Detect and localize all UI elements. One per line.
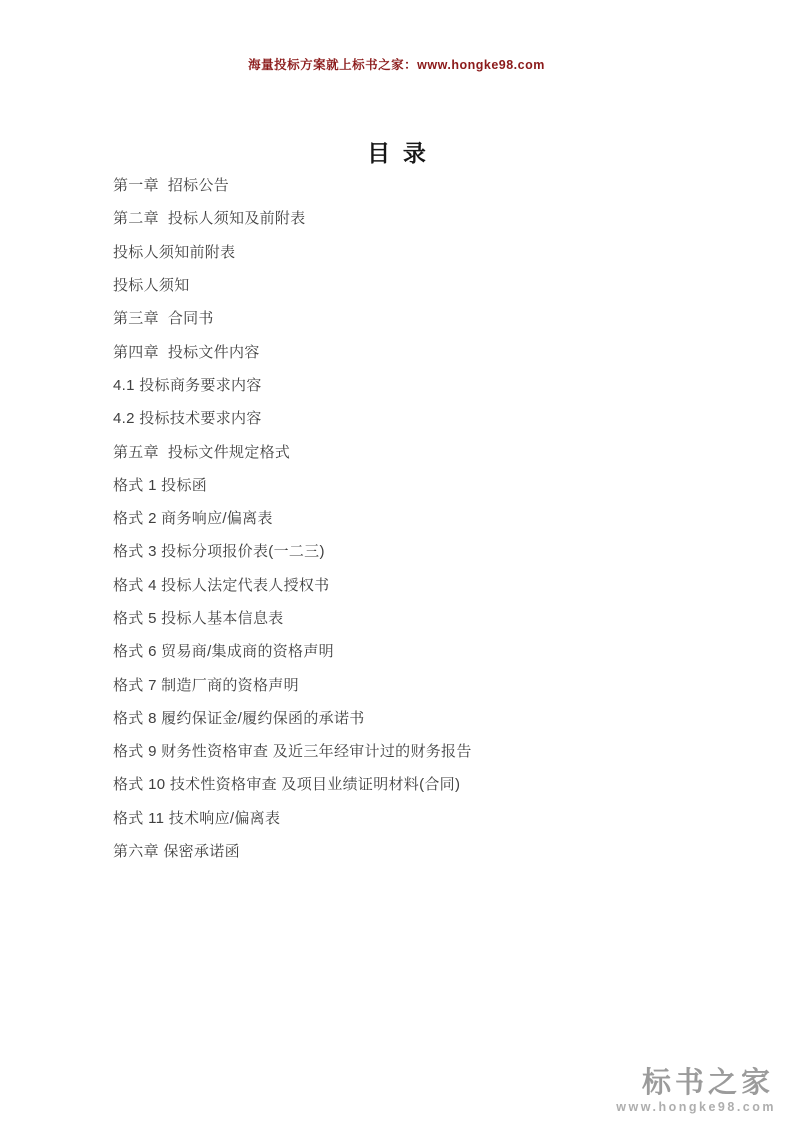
page-title: 目 录 xyxy=(0,135,793,168)
toc-entry-label: 第六章 保密承诺函 xyxy=(113,840,240,861)
toc-entry-label: 格式 8 履约保证金/履约保函的承诺书 xyxy=(113,707,365,728)
toc-entry: 格式 10 技术性资格审查 及项目业绩证明材料(合同) xyxy=(113,767,733,800)
toc-entry: 第三章 合同书 xyxy=(113,301,733,334)
toc-entry: 4.1 投标商务要求内容 xyxy=(113,368,733,401)
toc-entry: 格式 3 投标分项报价表(一二三) xyxy=(113,534,733,567)
header-slogan-link[interactable]: 海量投标方案就上标书之家：www.hongke98.com xyxy=(0,55,793,73)
toc-entry-label: 第一章 招标公告 xyxy=(113,174,229,195)
toc-entry: 投标人须知前附表 xyxy=(113,235,733,268)
toc-entry-label: 格式 10 技术性资格审查 及项目业绩证明材料(合同) xyxy=(113,773,460,794)
toc-entry: 格式 4 投标人法定代表人授权书 xyxy=(113,568,733,601)
toc-entry: 格式 7 制造厂商的资格声明 xyxy=(113,667,733,700)
toc-entry-label: 格式 4 投标人法定代表人授权书 xyxy=(113,574,329,595)
toc-entry-label: 格式 5 投标人基本信息表 xyxy=(113,607,284,628)
watermark: 标书之家 www.hongke98.com xyxy=(616,1068,776,1114)
toc-list: 第一章 招标公告 第二章 投标人须知及前附表 投标人须知前附表 投标人须知 第三… xyxy=(113,168,733,867)
toc-entry: 第五章 投标文件规定格式 xyxy=(113,434,733,467)
toc-entry-label: 投标人须知 xyxy=(113,274,190,295)
toc-entry-label: 格式 2 商务响应/偏离表 xyxy=(113,507,273,528)
toc-entry: 4.2 投标技术要求内容 xyxy=(113,401,733,434)
toc-entry-label: 投标人须知前附表 xyxy=(113,241,235,262)
toc-entry-label: 第四章 投标文件内容 xyxy=(113,341,260,362)
toc-entry: 格式 2 商务响应/偏离表 xyxy=(113,501,733,534)
toc-entry: 第二章 投标人须知及前附表 xyxy=(113,201,733,234)
toc-entry-label: 4.1 投标商务要求内容 xyxy=(113,374,262,395)
toc-entry-label: 第二章 投标人须知及前附表 xyxy=(113,207,306,228)
toc-entry-label: 格式 1 投标函 xyxy=(113,474,207,495)
watermark-brand: 标书之家 xyxy=(616,1068,776,1098)
toc-entry: 格式 8 履约保证金/履约保函的承诺书 xyxy=(113,701,733,734)
toc-entry: 投标人须知 xyxy=(113,268,733,301)
watermark-url: www.hongke98.com xyxy=(616,1100,776,1114)
toc-entry-label: 4.2 投标技术要求内容 xyxy=(113,407,262,428)
toc-entry: 格式 11 技术响应/偏离表 xyxy=(113,801,733,834)
toc-entry-label: 格式 9 财务性资格审查 及近三年经审计过的财务报告 xyxy=(113,740,472,761)
toc-entry: 格式 1 投标函 xyxy=(113,468,733,501)
toc-entry-label: 第三章 合同书 xyxy=(113,307,214,328)
toc-entry: 第四章 投标文件内容 xyxy=(113,334,733,367)
toc-entry-label: 格式 3 投标分项报价表(一二三) xyxy=(113,540,325,561)
toc-entry: 格式 5 投标人基本信息表 xyxy=(113,601,733,634)
toc-entry-label: 第五章 投标文件规定格式 xyxy=(113,441,290,462)
toc-entry: 第一章 招标公告 xyxy=(113,168,733,201)
toc-entry-label: 格式 11 技术响应/偏离表 xyxy=(113,807,280,828)
toc-entry-label: 格式 6 贸易商/集成商的资格声明 xyxy=(113,640,334,661)
toc-entry-label: 格式 7 制造厂商的资格声明 xyxy=(113,674,299,695)
toc-entry: 格式 9 财务性资格审查 及近三年经审计过的财务报告 xyxy=(113,734,733,767)
document-page: 海量投标方案就上标书之家：www.hongke98.com 目 录 第一章 招标… xyxy=(0,0,793,1122)
toc-entry: 格式 6 贸易商/集成商的资格声明 xyxy=(113,634,733,667)
toc-entry: 第六章 保密承诺函 xyxy=(113,834,733,867)
